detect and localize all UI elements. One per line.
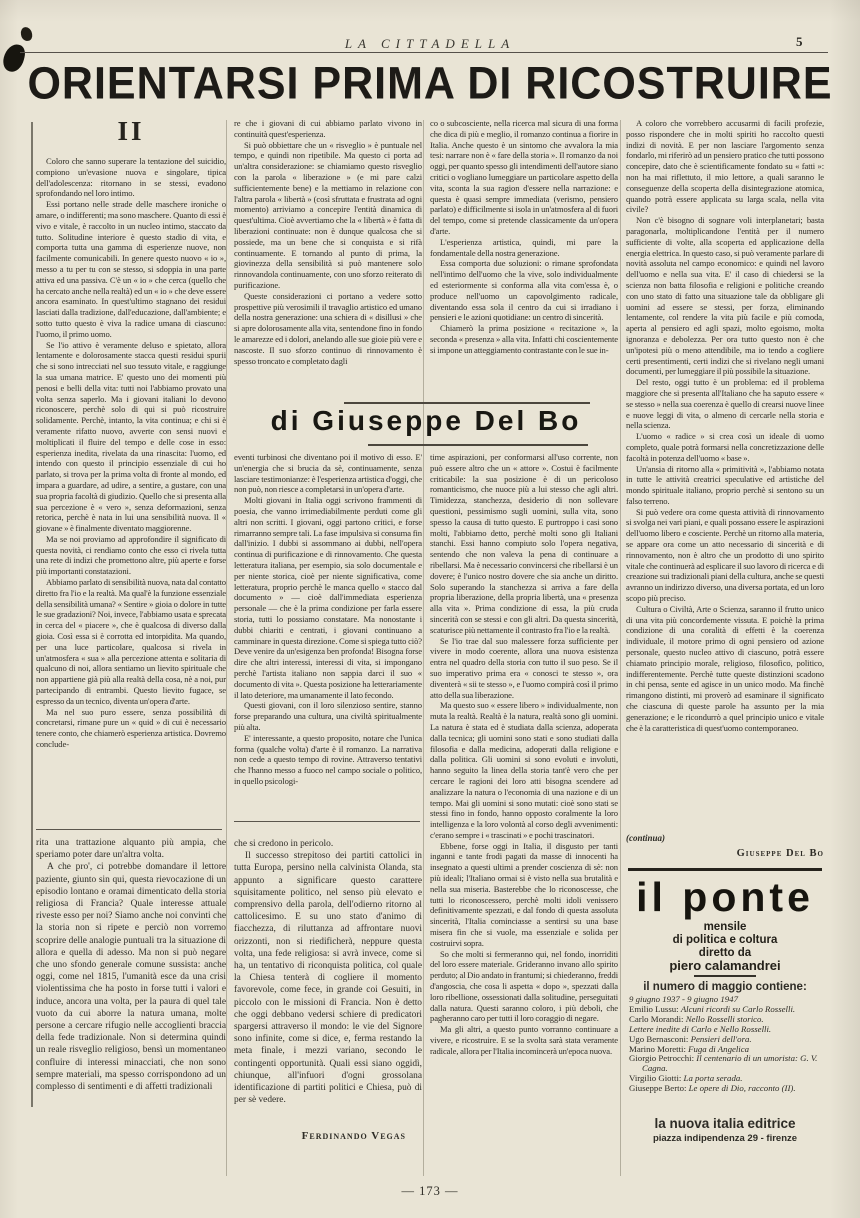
column-rule <box>226 120 227 1176</box>
page-fold-edge <box>31 122 33 1107</box>
paragraph: Del resto, oggi tutto è un problema: ed … <box>626 377 824 431</box>
second-article-column-1: rita una trattazione alquanto più ampia,… <box>36 837 226 1139</box>
paragraph: Ma questo suo « essere libero » individu… <box>430 700 618 840</box>
ponte-contents-heading: il numero di maggio contiene: <box>626 981 824 993</box>
paragraph: Molti giovani in Italia oggi scrivono fr… <box>234 495 422 700</box>
ponte-ad-director: piero calamandrei <box>626 958 824 973</box>
byline: di Giuseppe Del Bo <box>234 405 618 437</box>
paragraph: Essa comporta due soluzioni: o rimane sp… <box>430 258 618 323</box>
paragraph: che si credono in pericolo. <box>234 838 422 850</box>
paragraph: Si può obbiettare che un « risveglio » è… <box>234 140 422 291</box>
paragraph: Ma gli altri, a questo punto vorranno co… <box>430 1024 618 1056</box>
paragraph: Cultura o Civiltà, Arte o Scienza, saran… <box>626 604 824 734</box>
ponte-publisher: la nuova italia editrice <box>626 1116 824 1131</box>
paragraph: E' interessante, a questo proposito, not… <box>234 733 422 787</box>
author-signature-vegas: Ferdinando Vegas <box>234 1130 422 1142</box>
ad-box-rule <box>694 975 756 977</box>
ad-box-rule <box>628 868 822 871</box>
paragraph: L'uomo « radice » si crea così un ideale… <box>626 431 824 463</box>
paragraph: rita una trattazione alquanto più ampia,… <box>36 837 226 861</box>
column-rule <box>620 120 621 1176</box>
article-column-1: Coloro che sanno superare la tentazione … <box>36 156 226 818</box>
article-column-3-upper: co o subcosciente, nella ricerca mal sic… <box>430 118 618 392</box>
article-column-4: A coloro che vorrebbero accusarmi di fac… <box>626 118 824 832</box>
ponte-ad-title: il ponte <box>626 874 824 921</box>
second-article-column-2: che si credono in pericolo. Il successo … <box>234 838 422 1126</box>
paragraph: Il successo strepitoso dei partiti catto… <box>234 850 422 1106</box>
ponte-ad-subtitle: mensile <box>626 921 824 933</box>
paragraph: So che molti si fermeranno qui, nel fond… <box>430 949 618 1025</box>
paragraph: co o subcosciente, nella ricerca mal sic… <box>430 118 618 237</box>
paragraph: Ma se noi proviamo ad approfondire il si… <box>36 534 226 577</box>
paragraph: Coloro che sanno superare la tentazione … <box>36 156 226 199</box>
paragraph: A coloro che vorrebbero accusarmi di fac… <box>626 118 824 215</box>
masthead-title: LA CITTADELLA <box>0 36 860 52</box>
page-number-bottom: — 173 — <box>0 1184 860 1199</box>
continua-label: (continua) <box>626 833 824 843</box>
paragraph: Ebbene, forse oggi in Italia, il disgust… <box>430 841 618 949</box>
paragraph: Queste considerazioni ci portano a veder… <box>234 291 422 367</box>
page-number-top: 5 <box>796 34 803 50</box>
section-divider <box>234 821 420 822</box>
article-column-2-lower: eventi turbinosi che diventano poi il mo… <box>234 452 422 816</box>
byline-rule <box>368 444 588 446</box>
article-headline: ORIENTARSI PRIMA DI RICOSTRUIRE <box>0 59 860 110</box>
magazine-page: LA CITTADELLA 5 ORIENTARSI PRIMA DI RICO… <box>0 0 860 1218</box>
ponte-publisher-address: piazza indipendenza 29 - firenze <box>626 1133 824 1144</box>
ponte-contents-list: 9 giugno 1937 - 9 giugno 1947 Emilio Lus… <box>629 995 822 1094</box>
paragraph: Si può vedere ora come questa attività d… <box>626 507 824 604</box>
masthead-rule <box>20 52 828 53</box>
byline-rule <box>344 402 590 404</box>
section-divider <box>36 829 222 830</box>
paragraph: re che i giovani di cui abbiamo parlato … <box>234 118 422 140</box>
paragraph: time aspirazioni, per conformarsi all'us… <box>430 452 618 636</box>
paragraph: Abbiamo parlato di sensibilità nuova, na… <box>36 577 226 707</box>
toc-entry: Giorgio Petrocchi: Il centenario di un u… <box>629 1054 822 1074</box>
paragraph: Se l'io trae dal suo malessere forza suf… <box>430 636 618 701</box>
paragraph: Ma nel suo puro essere, senza possibilit… <box>36 707 226 750</box>
paragraph: Un'ansia di ritorno alla « primitività »… <box>626 464 824 507</box>
column-rule <box>423 120 424 1176</box>
paragraph: Chiamerò la prima posizione « recitazion… <box>430 323 618 355</box>
section-numeral: II <box>36 116 226 152</box>
paragraph: A che pro', ci potrebbe domandare il let… <box>36 861 226 1093</box>
paragraph: Se l'io attivo è veramente deluso e spie… <box>36 340 226 534</box>
author-signature-delbo: Giuseppe Del Bo <box>626 848 824 859</box>
toc-entry: Giuseppe Berto: Le opere di Dio, raccont… <box>629 1084 822 1094</box>
paragraph: Non c'è bisogno di sognare voli interpla… <box>626 215 824 377</box>
article-column-3-lower: time aspirazioni, per conformarsi all'us… <box>430 452 618 1146</box>
paragraph: L'esperienza artistica, quindi, mi pare … <box>430 237 618 259</box>
paragraph: eventi turbinosi che diventano poi il mo… <box>234 452 422 495</box>
ponte-ad-subtitle: di politica e coltura <box>626 934 824 946</box>
article-column-2-upper: re che i giovani di cui abbiamo parlato … <box>234 118 422 392</box>
paragraph: Essi portano nelle strade delle maschere… <box>36 199 226 339</box>
paragraph: Questi giovani, con il loro silenzioso s… <box>234 700 422 732</box>
